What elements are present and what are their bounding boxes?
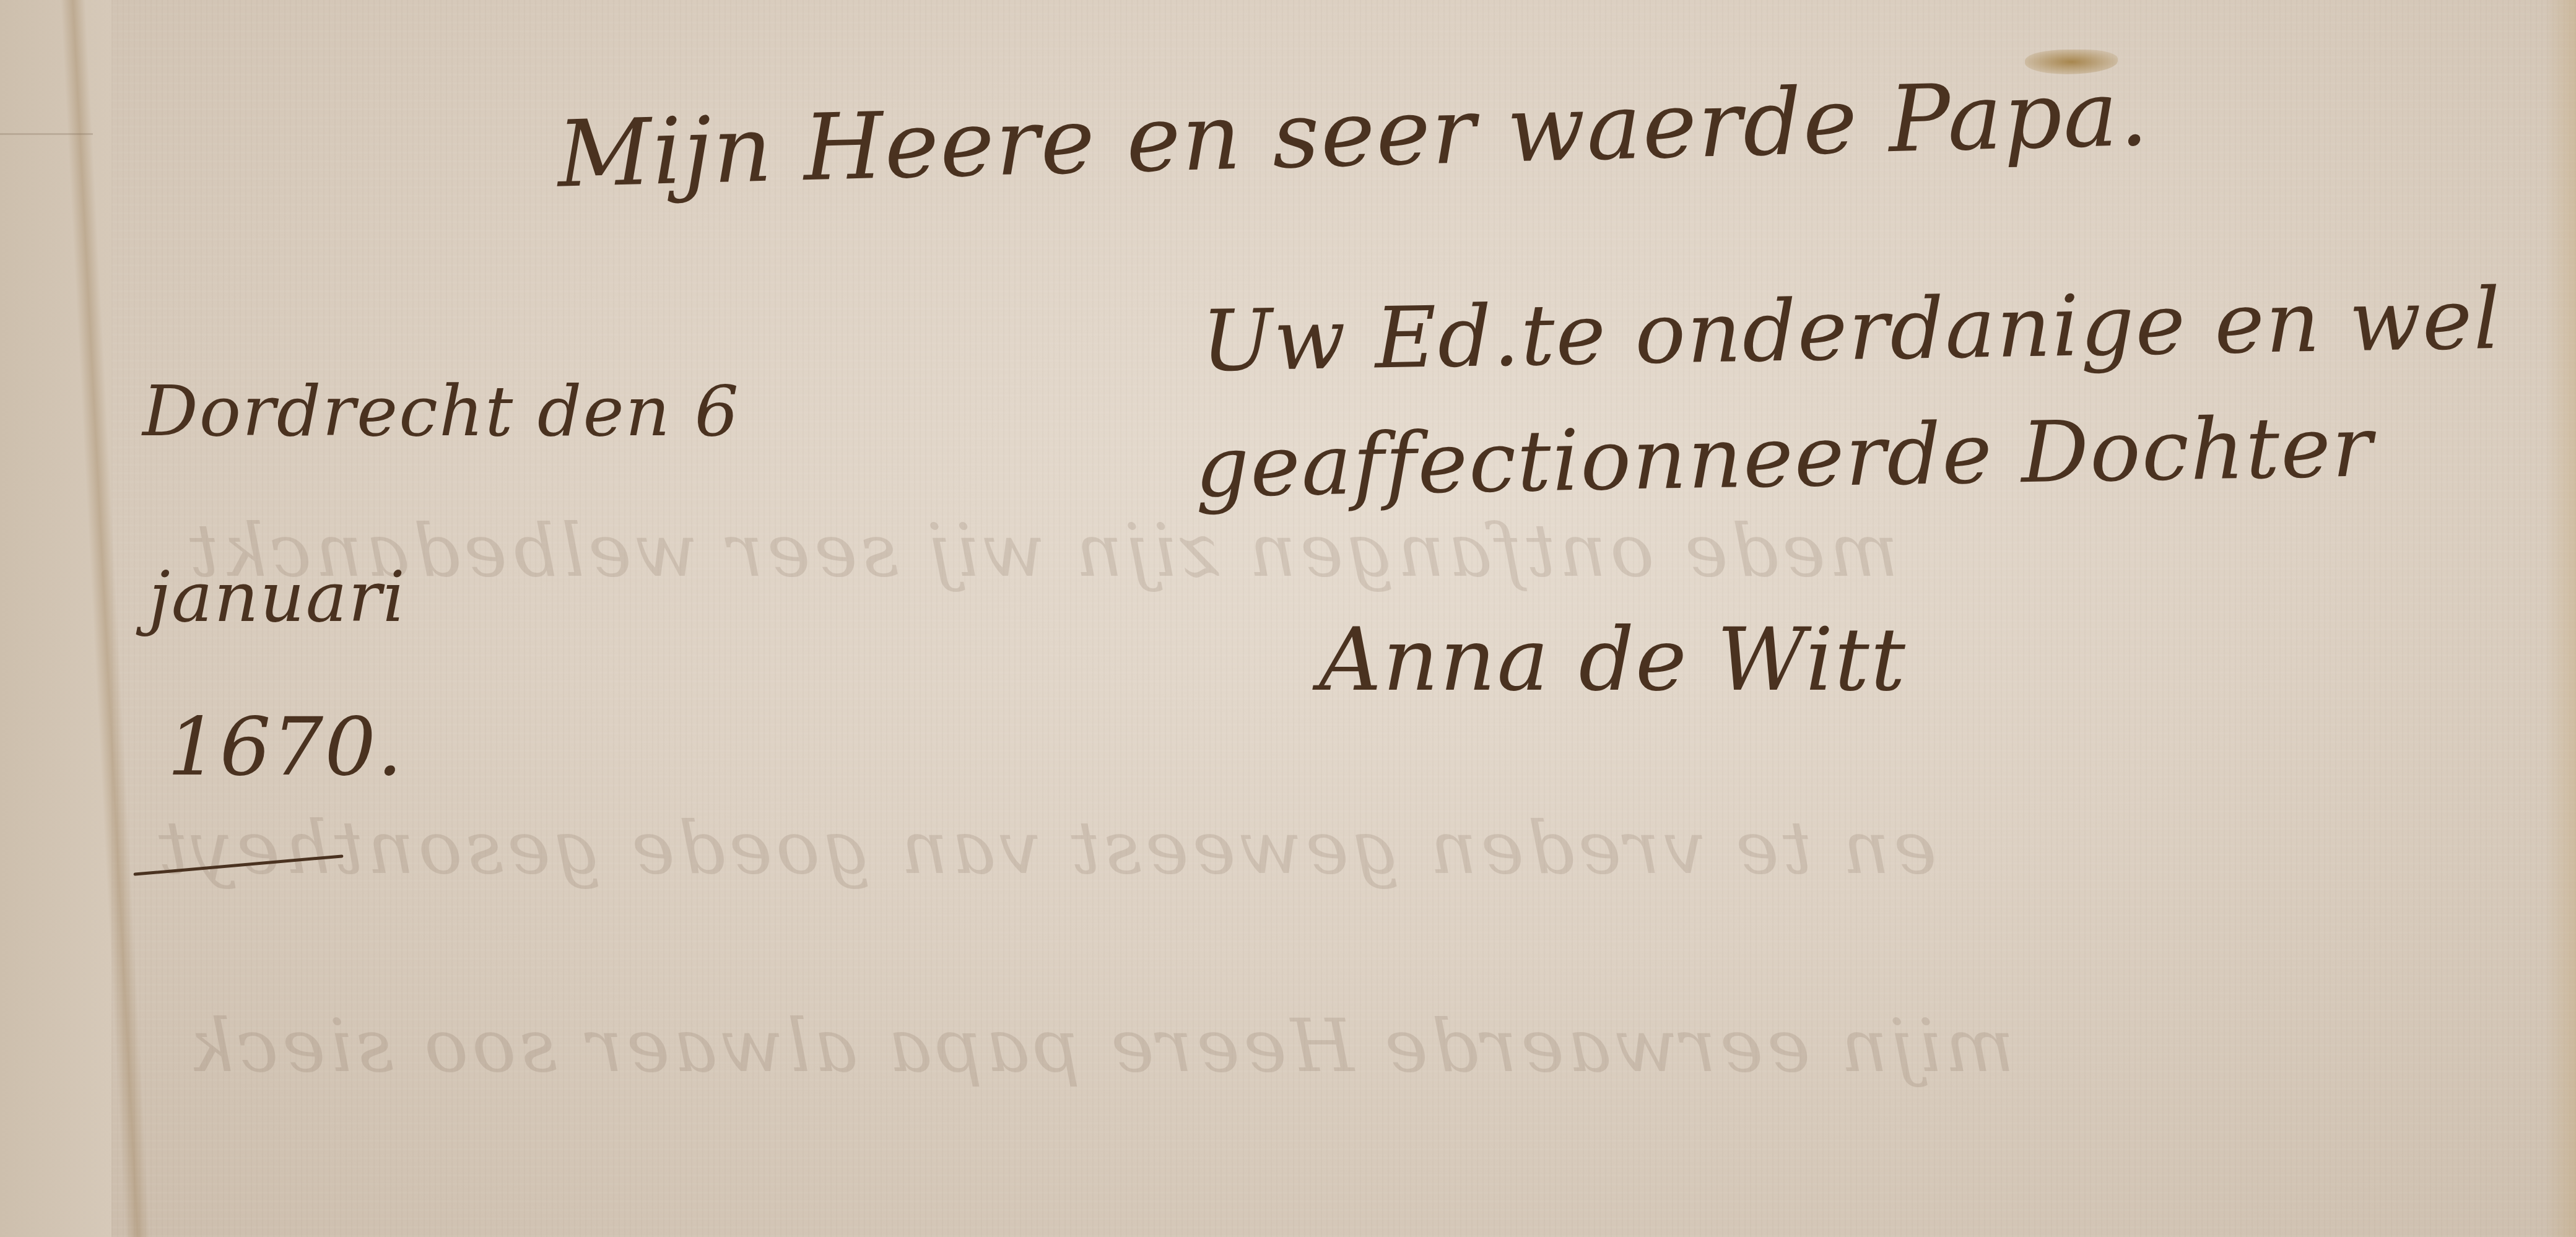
- right-edge-discoloration: [2545, 0, 2576, 1237]
- bleed-through-line: en te vreden geweest van goede gesonthey…: [155, 805, 1937, 890]
- dateline-year: 1670.: [167, 700, 404, 794]
- signature: Anna de Witt: [1319, 610, 1907, 711]
- salutation: Mijn Heere en seer waerde Papa.: [556, 59, 2151, 207]
- dateline-month: januari: [149, 557, 406, 638]
- closing-line-1: Uw Ed.te onderdanige en wel: [1201, 271, 2502, 391]
- letter-photograph: mede ontfangen zijn wij seer welbedanckt…: [0, 0, 2576, 1237]
- paper-fold-line: [0, 133, 93, 135]
- bleed-through-line: mede ontfangen zijn wij seer welbedanckt: [186, 508, 1899, 593]
- closing-line-2: geaffectionneerde Dochter: [1194, 398, 2374, 516]
- bleed-through-line: mijn eerwaerde Heere papa alwaer soo sie…: [186, 1003, 2014, 1088]
- dateline-place: Dordrecht den 6: [142, 371, 740, 452]
